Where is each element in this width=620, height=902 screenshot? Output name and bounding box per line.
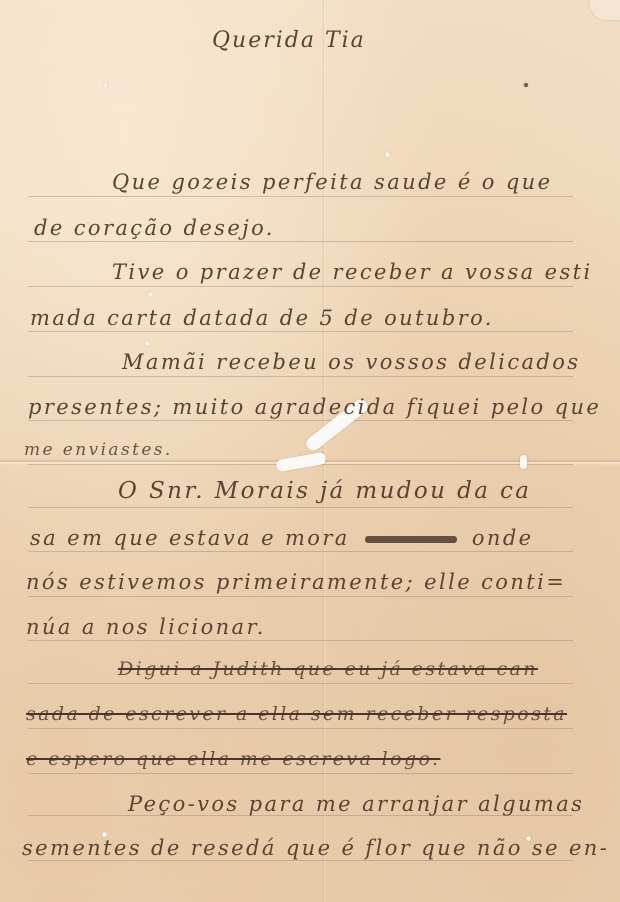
letter-page: Querida Tia Que gozeis perfeita saude é … (0, 0, 620, 902)
ruled-line (28, 773, 573, 774)
letter-line: sementes de resedá que é flor que não se… (22, 838, 609, 859)
ruled-line (28, 683, 573, 684)
ruled-line (28, 728, 573, 729)
letter-line: me enviastes. (24, 442, 173, 459)
letter-line: Que gozeis perfeita saude é o que (112, 172, 552, 193)
ruled-line (28, 241, 573, 242)
letter-line: Tive o prazer de receber a vossa esti (112, 262, 593, 283)
ruled-line (28, 507, 573, 508)
pin-hole (145, 341, 150, 346)
ruled-line (28, 860, 573, 861)
ruled-line (28, 376, 573, 377)
letter-line: nós estivemos primeiramente; elle conti= (26, 572, 566, 593)
ruled-line (28, 640, 573, 641)
letter-salutation: Querida Tia (212, 28, 366, 53)
ruled-line (28, 420, 573, 421)
ruled-line (28, 331, 573, 332)
pin-hole (103, 83, 108, 88)
ruled-line (28, 551, 573, 552)
letter-line: núa a nos licionar. (26, 617, 266, 638)
letter-line: presentes; muito agradecida fiquei pelo … (28, 397, 601, 418)
pin-hole (148, 292, 153, 297)
letter-line: sa em que estava e mora na casa onde (30, 528, 534, 549)
ink-blot-correction (365, 536, 457, 543)
ruled-line (28, 596, 573, 597)
struck-letter-line: sada de escrever a ella sem receber resp… (26, 705, 567, 724)
pin-hole (385, 152, 390, 157)
letter-line: O Snr. Morais já mudou da ca (118, 480, 531, 503)
paper-tear (275, 452, 326, 473)
line-text: sa em que estava e mora (30, 526, 350, 550)
struck-letter-line: e espero que ella me escreva logo. (26, 750, 440, 769)
pin-hole (524, 83, 528, 87)
letter-line: mada carta datada de 5 de outubro. (30, 308, 494, 329)
struck-letter-line: Digui a Judith que eu já estava can (118, 660, 538, 679)
ruled-line (28, 196, 573, 197)
paper-tear (520, 455, 527, 469)
letter-line: Peço-vos para me arranjar algumas (128, 794, 584, 815)
paper-corner-wear (590, 0, 620, 20)
line-text: onde (472, 526, 534, 550)
letter-line: de coração desejo. (34, 218, 275, 239)
letter-line: Mamãi recebeu os vossos delicados (122, 352, 580, 373)
ruled-line (28, 286, 573, 287)
